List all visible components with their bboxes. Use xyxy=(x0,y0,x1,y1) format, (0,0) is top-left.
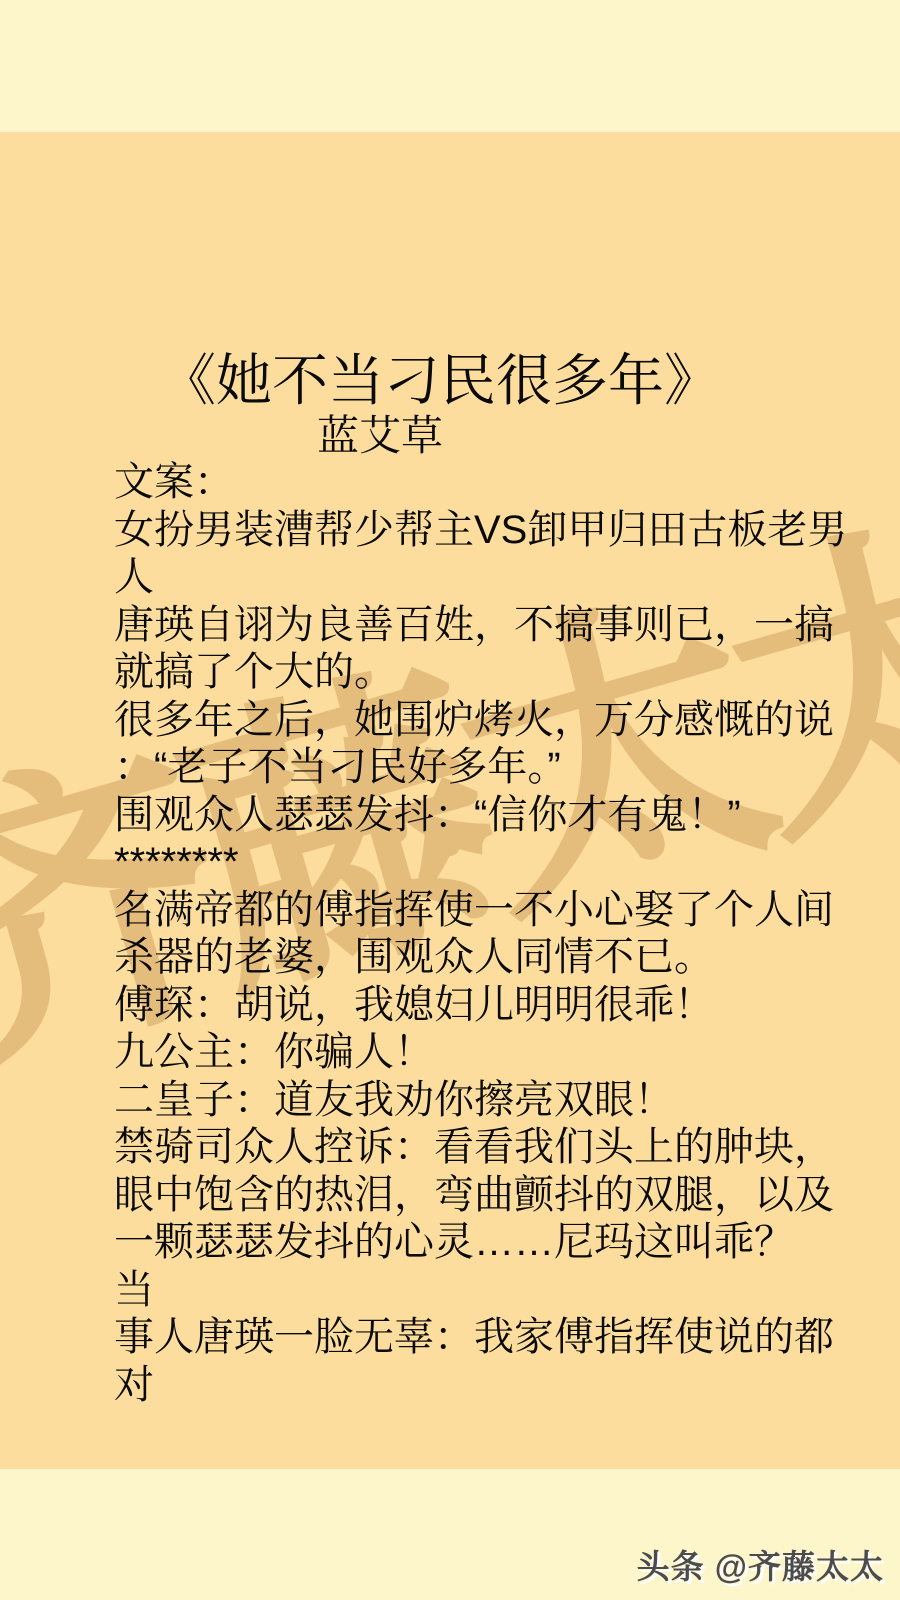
synopsis-line: 名满帝都的傅指挥使一不小心娶了个人间 xyxy=(114,887,840,935)
synopsis-line: 眼中饱含的热泪，弯曲颤抖的双腿，以及 xyxy=(114,1172,840,1220)
synopsis-line: 对 xyxy=(114,1362,840,1410)
book-recommendation-card: 齐藤太太 《她不当刁民很多年》 蓝艾草 文案：女扮男装漕帮少帮主VS卸甲归田古板… xyxy=(0,0,900,1600)
synopsis-line: 九公主：你骗人！ xyxy=(114,1029,840,1077)
synopsis-line: ******** xyxy=(114,839,840,887)
synopsis-line: 女扮男装漕帮少帮主VS卸甲归田古板老男 xyxy=(114,507,840,555)
synopsis-line: 二皇子：道友我劝你擦亮双眼！ xyxy=(114,1077,840,1125)
synopsis-line: 很多年之后，她围炉烤火，万分感慨的说 xyxy=(114,697,840,745)
book-author: 蓝艾草 xyxy=(0,412,760,460)
synopsis-line: 事人唐瑛一脸无辜：我家傅指挥使说的都 xyxy=(114,1314,840,1362)
synopsis-line: 就搞了个大的。 xyxy=(114,649,840,697)
content-panel: 齐藤太太 《她不当刁民很多年》 蓝艾草 文案：女扮男装漕帮少帮主VS卸甲归田古板… xyxy=(0,132,900,1469)
synopsis-line: 围观众人瑟瑟发抖：“信你才有鬼！” xyxy=(114,792,840,840)
platform-credit: 头条 @齐藤太太 xyxy=(637,1541,884,1588)
synopsis-line: 杀器的老婆，围观众人同情不已。 xyxy=(114,934,840,982)
synopsis-text: 文案：女扮男装漕帮少帮主VS卸甲归田古板老男人唐瑛自诩为良善百姓，不搞事则已，一… xyxy=(114,459,840,1409)
synopsis-line: ：“老子不当刁民好多年。” xyxy=(114,744,840,792)
book-title: 《她不当刁民很多年》 xyxy=(0,350,880,412)
synopsis-line: 一颗瑟瑟发抖的心灵……尼玛这叫乖？ xyxy=(114,1219,840,1267)
synopsis-line: 人 xyxy=(114,554,840,602)
synopsis-line: 唐瑛自诩为良善百姓，不搞事则已，一搞 xyxy=(114,602,840,650)
synopsis-line: 傅琛：胡说，我媳妇儿明明很乖！ xyxy=(114,982,840,1030)
synopsis-line: 禁骑司众人控诉：看看我们头上的肿块， xyxy=(114,1124,840,1172)
synopsis-line: 文案： xyxy=(114,459,840,507)
synopsis-line: 当 xyxy=(114,1267,840,1315)
